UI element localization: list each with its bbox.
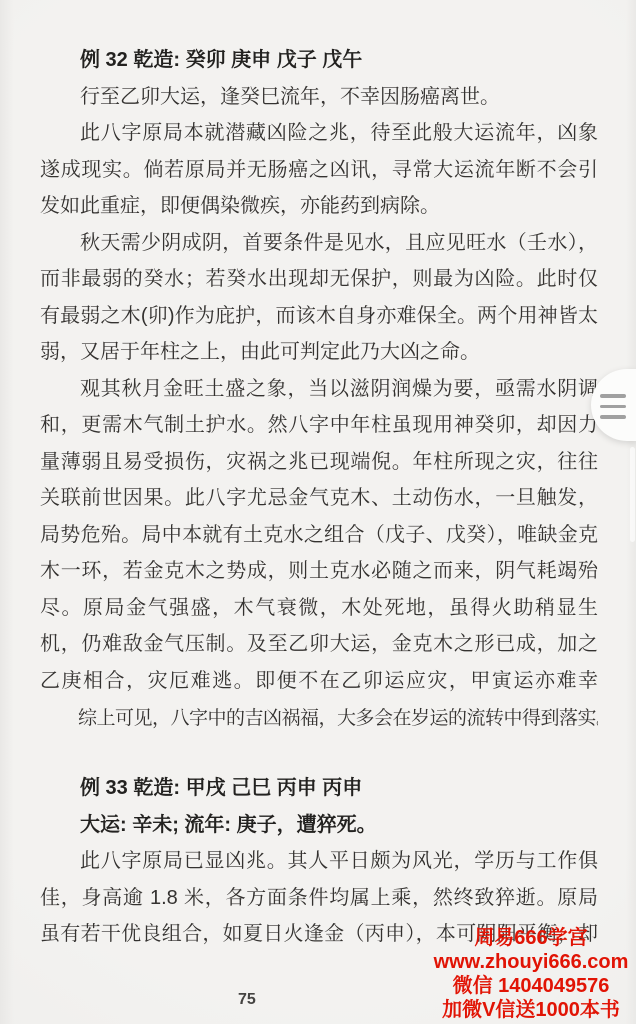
paragraph: 秋天需少阴成阴，首要条件是见水，且应见旺水（壬水），而非最弱的癸水；若癸水出现却… (40, 225, 598, 371)
paragraph-summary: 综上可见，八字中的吉凶祸福，大多会在岁运的流转中得到落实。 (40, 701, 598, 738)
example-33-heading: 例 33 乾造: 甲戌 己巳 丙申 丙申 (40, 770, 598, 807)
scrollbar[interactable] (630, 447, 635, 542)
page-number: 75 (238, 991, 256, 1009)
menu-icon (600, 394, 626, 419)
watermark: 周易666学宫 www.zhouyi666.com 微信 1404049576 … (430, 926, 632, 1022)
paragraph: 此八字原局本就潜藏凶险之兆，待至此般大运流年，凶象遂成现实。倘若原局并无肠癌之凶… (40, 115, 598, 225)
watermark-line-url: www.zhouyi666.com (430, 950, 632, 974)
example-32-heading: 例 32 乾造: 癸卯 庚申 戊子 戊午 (40, 42, 598, 79)
watermark-line-site-name: 周易666学宫 (430, 926, 632, 950)
paragraph-death-event: 行至乙卯大运，逢癸巳流年，不幸因肠癌离世。 (40, 79, 598, 116)
reader-screen: 例 32 乾造: 癸卯 庚申 戊子 戊午 行至乙卯大运，逢癸巳流年，不幸因肠癌离… (0, 0, 636, 1024)
luck-year-line: 大运: 辛未; 流年: 庚子，遭猝死。 (40, 807, 598, 844)
watermark-line-wechat: 微信 1404049576 (430, 974, 632, 998)
watermark-line-promo: 加微V信送1000本书 (430, 998, 632, 1022)
paragraph: 观其秋月金旺土盛之象，当以滋阴润燥为要，亟需水阴调和，更需木气制土护水。然八字中… (40, 371, 598, 701)
book-page-text: 例 32 乾造: 癸卯 庚申 戊子 戊午 行至乙卯大运，逢癸巳流年，不幸因肠癌离… (40, 42, 598, 953)
